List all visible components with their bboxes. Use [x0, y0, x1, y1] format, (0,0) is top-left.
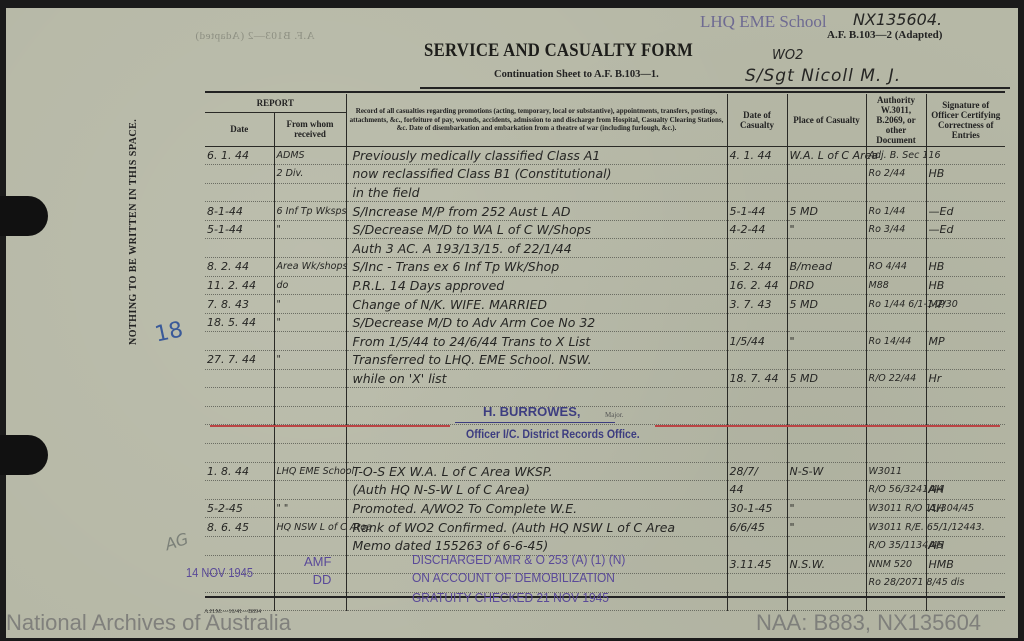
cell-record: in the field — [346, 183, 727, 202]
cell-place: " — [787, 499, 866, 518]
header-date: Date — [205, 112, 274, 146]
table-row: 8. 2. 44Area Wk/shopsS/Inc - Trans ex 6 … — [205, 258, 1005, 277]
cell-dcas — [727, 239, 787, 258]
header-from-whom: From whom received — [274, 112, 346, 146]
table-row: 7. 8. 43"Change of N/K. WIFE. MARRIED3. … — [205, 295, 1005, 314]
cell-dcas: 5-1-44 — [727, 202, 787, 221]
cell-dcas — [727, 574, 787, 593]
cell-sig — [926, 406, 1005, 425]
rank: WO2 — [772, 48, 803, 63]
cell-sig — [926, 388, 1005, 407]
cell-auth: Ro 1/44 — [866, 202, 926, 221]
table-row: 27. 7. 44"Transferred to LHQ. EME School… — [205, 351, 1005, 370]
cell-from — [274, 481, 346, 500]
cell-record: Previously medically classified Class A1 — [346, 146, 727, 165]
cell-auth: RO 4/44 — [866, 258, 926, 277]
cell-place: " — [787, 518, 866, 537]
cell-sig: MP — [926, 295, 1005, 314]
cell-sig: MP — [926, 332, 1005, 351]
cell-date: 1. 8. 44 — [205, 462, 274, 481]
cell-auth: M88 — [866, 276, 926, 295]
cell-sig: Hr — [926, 369, 1005, 388]
cell-from: 6 Inf Tp Wksps — [274, 202, 346, 221]
cell-place — [787, 351, 866, 370]
cell-place — [787, 183, 866, 202]
table-row: in the field — [205, 183, 1005, 202]
service-number: NX135604. — [853, 10, 942, 29]
cell-place: N.S.W. — [787, 555, 866, 574]
cell-record: while on 'X' list — [346, 369, 727, 388]
cell-place: " — [787, 220, 866, 239]
cell-auth: R/O 35/1134/45 — [866, 536, 926, 555]
casualty-table: REPORT Record of all casualties regardin… — [205, 94, 1005, 611]
cell-dcas — [727, 425, 787, 444]
red-rule — [210, 425, 450, 427]
name-underline — [420, 87, 1010, 89]
form-subtitle: Continuation Sheet to A.F. B.103—1. — [494, 69, 659, 80]
cell-dcas: 6/6/45 — [727, 518, 787, 537]
cell-place — [787, 481, 866, 500]
cell-dcas — [727, 406, 787, 425]
table-row: (Auth HQ N-S-W L of C Area)44R/O 56/3241… — [205, 481, 1005, 500]
watermark-left: National Archives of Australia — [6, 610, 291, 636]
cell-date — [205, 239, 274, 258]
cell-place: 5 MD — [787, 295, 866, 314]
cell-record: T-O-S EX W.A. L of C Area WKSP. — [346, 462, 727, 481]
cell-record: Rank of WO2 Confirmed. (Auth HQ NSW L of… — [346, 518, 727, 537]
discharge-date-stamp: 14 NOV 1945 — [186, 565, 253, 580]
cell-date — [205, 536, 274, 555]
cell-sig — [926, 183, 1005, 202]
cell-dcas: 30-1-45 — [727, 499, 787, 518]
officer-rank: Major. — [605, 411, 623, 419]
table-row: Auth 3 AC. A 193/13/15. of 22/1/44 — [205, 239, 1005, 258]
amf-text: AMF — [304, 553, 331, 571]
header-place-casualty: Place of Casualty — [787, 94, 866, 146]
cell-auth — [866, 183, 926, 202]
cell-from: LHQ EME School — [274, 462, 346, 481]
cell-from: " " — [274, 499, 346, 518]
cell-sig: HB — [926, 276, 1005, 295]
cell-from: ADMS — [274, 146, 346, 165]
cell-auth: R/O 56/3241/44 — [866, 481, 926, 500]
cell-place — [787, 444, 866, 463]
table-row: 8. 6. 45HQ NSW L of C AreaRank of WO2 Co… — [205, 518, 1005, 537]
cell-record: Transferred to LHQ. EME School. NSW. — [346, 351, 727, 370]
cell-date: 11. 2. 44 — [205, 276, 274, 295]
header-authority: Authority W.3011, B.2069, or other Docum… — [866, 94, 926, 146]
cell-dcas — [727, 183, 787, 202]
cell-place: N-S-W — [787, 462, 866, 481]
cell-place: " — [787, 332, 866, 351]
cell-date — [205, 425, 274, 444]
cell-date — [205, 444, 274, 463]
cell-dcas — [727, 351, 787, 370]
cell-date: 27. 7. 44 — [205, 351, 274, 370]
officer-name-stamp: H. BURROWES, — [483, 404, 581, 419]
unit-stamp: LHQ EME School — [700, 12, 827, 32]
cell-auth: Ro 3/44 — [866, 220, 926, 239]
cell-place: B/mead — [787, 258, 866, 277]
cell-date — [205, 165, 274, 184]
cell-place — [787, 313, 866, 332]
cell-place — [787, 388, 866, 407]
cell-record: Promoted. A/WO2 To Complete W.E. — [346, 499, 727, 518]
cell-dcas: 44 — [727, 481, 787, 500]
cell-auth: W3011 R/E. 65/1/12443. — [866, 518, 926, 537]
amf-dd-stamp: AMF DD — [304, 553, 331, 589]
cell-sig: HB — [926, 165, 1005, 184]
cell-record: S/Decrease M/D to WA L of C W/Shops — [346, 220, 727, 239]
cell-auth — [866, 388, 926, 407]
cell-sig: HB — [926, 258, 1005, 277]
cell-from — [274, 239, 346, 258]
table-row: 5-1-44"S/Decrease M/D to WA L of C W/Sho… — [205, 220, 1005, 239]
cell-dcas: 5. 2. 44 — [727, 258, 787, 277]
cell-sig — [926, 239, 1005, 258]
cell-date: 18. 5. 44 — [205, 313, 274, 332]
cell-date — [205, 332, 274, 351]
dd-text: DD — [304, 571, 331, 589]
cell-from — [274, 332, 346, 351]
cell-place: DRD — [787, 276, 866, 295]
cell-record: P.R.L. 14 Days approved — [346, 276, 727, 295]
cell-date — [205, 369, 274, 388]
cell-record: S/Decrease M/D to Adv Arm Coe No 32 — [346, 313, 727, 332]
cell-from: " — [274, 351, 346, 370]
cell-sig — [926, 462, 1005, 481]
cell-dcas: 3.11.45 — [727, 555, 787, 574]
header-report: REPORT — [205, 94, 346, 112]
cell-record: S/Inc - Trans ex 6 Inf Tp Wk/Shop — [346, 258, 727, 277]
table-row — [205, 388, 1005, 407]
cell-auth — [866, 239, 926, 258]
cell-auth: NNM 520 — [866, 555, 926, 574]
cell-dcas — [727, 165, 787, 184]
header-signature: Signature of Officer Certifying Correctn… — [926, 94, 1005, 146]
officer-title-stamp: Officer I/C. District Records Office. — [466, 427, 640, 441]
cell-sig — [926, 425, 1005, 444]
cell-auth: W3011 — [866, 462, 926, 481]
cell-place — [787, 239, 866, 258]
table-row: 6. 1. 44ADMSPreviously medically classif… — [205, 146, 1005, 165]
form-title: SERVICE AND CASUALTY FORM — [424, 40, 693, 62]
punch-hole — [0, 196, 48, 236]
cell-dcas — [727, 388, 787, 407]
table-row: 2 Div.now reclassified Class B1 (Constit… — [205, 165, 1005, 184]
cell-sig: HMB — [926, 555, 1005, 574]
cell-sig — [926, 351, 1005, 370]
cell-dcas: 4. 1. 44 — [727, 146, 787, 165]
cell-date: 8-1-44 — [205, 202, 274, 221]
cell-record: now reclassified Class B1 (Constitutiona… — [346, 165, 727, 184]
discharge-stamp: DISCHARGED AMR & O 253 (A) (1) (N) ON AC… — [412, 551, 625, 587]
cell-auth — [866, 406, 926, 425]
cell-record: (Auth HQ N-S-W L of C Area) — [346, 481, 727, 500]
cell-sig: AH — [926, 536, 1005, 555]
cell-from — [274, 183, 346, 202]
table-top-rule — [205, 91, 1005, 93]
cell-place — [787, 574, 866, 593]
cell-date: 5-1-44 — [205, 220, 274, 239]
cell-from: " — [274, 295, 346, 314]
cell-record: Change of N/K. WIFE. MARRIED — [346, 295, 727, 314]
cell-record: S/Increase M/P from 252 Aust L AD — [346, 202, 727, 221]
cell-auth: Ro 1/44 6/1-1-2/30 — [866, 295, 926, 314]
table-row: 1. 8. 44LHQ EME SchoolT-O-S EX W.A. L of… — [205, 462, 1005, 481]
punch-hole — [0, 435, 48, 475]
cell-sig — [926, 313, 1005, 332]
cell-auth: R/O 22/44 — [866, 369, 926, 388]
cell-dcas: 18. 7. 44 — [727, 369, 787, 388]
red-rule — [655, 425, 1000, 427]
demobilization-text: ON ACCOUNT OF DEMOBILIZATION — [412, 569, 625, 587]
cell-record — [346, 444, 727, 463]
table-row: 5-2-45" "Promoted. A/WO2 To Complete W.E… — [205, 499, 1005, 518]
cell-dcas: 4-2-44 — [727, 220, 787, 239]
cell-place — [787, 406, 866, 425]
cell-from — [274, 406, 346, 425]
watermark-right: NAA: B883, NX135604 — [756, 610, 981, 636]
cell-place: 5 MD — [787, 202, 866, 221]
soldier-name: S/Sgt Nicoll M. J. — [745, 66, 901, 86]
cell-date — [205, 183, 274, 202]
header-record: Record of all casualties regarding promo… — [346, 94, 727, 146]
cell-record: Auth 3 AC. A 193/13/15. of 22/1/44 — [346, 239, 727, 258]
cell-auth: W3011 R/O 11/304/45 — [866, 499, 926, 518]
table-row — [205, 444, 1005, 463]
cell-sig — [926, 444, 1005, 463]
cell-from — [274, 369, 346, 388]
cell-dcas: 28/7/ — [727, 462, 787, 481]
cell-date — [205, 388, 274, 407]
cell-from: " — [274, 220, 346, 239]
cell-from: " — [274, 313, 346, 332]
table-row: 11. 2. 44doP.R.L. 14 Days approved16. 2.… — [205, 276, 1005, 295]
cell-place: W.A. L of C Area — [787, 146, 866, 165]
cell-date — [205, 481, 274, 500]
table-row: 8-1-446 Inf Tp WkspsS/Increase M/P from … — [205, 202, 1005, 221]
table-row: From 1/5/44 to 24/6/44 Trans to X List1/… — [205, 332, 1005, 351]
cell-place — [787, 165, 866, 184]
cell-date: 7. 8. 43 — [205, 295, 274, 314]
header-date-casualty: Date of Casualty — [727, 94, 787, 146]
cell-from: Area Wk/shops — [274, 258, 346, 277]
cell-record: From 1/5/44 to 24/6/44 Trans to X List — [346, 332, 727, 351]
cell-from: 2 Div. — [274, 165, 346, 184]
cell-auth — [866, 444, 926, 463]
cell-date: 6. 1. 44 — [205, 146, 274, 165]
cell-dcas: 3. 7. 43 — [727, 295, 787, 314]
cell-date: 8. 2. 44 — [205, 258, 274, 277]
cell-dcas: 1/5/44 — [727, 332, 787, 351]
cell-dcas — [727, 536, 787, 555]
cell-dcas — [727, 313, 787, 332]
cell-auth — [866, 313, 926, 332]
table-row: while on 'X' list18. 7. 445 MDR/O 22/44H… — [205, 369, 1005, 388]
cell-from — [274, 444, 346, 463]
cell-sig: —Ed — [926, 220, 1005, 239]
cell-place: 5 MD — [787, 369, 866, 388]
side-notice: NOTHING TO BE WRITTEN IN THIS SPACE. — [128, 119, 139, 345]
cell-auth — [866, 425, 926, 444]
cell-from — [274, 388, 346, 407]
form-code: A.F. B.103—2 (Adapted) — [827, 29, 942, 41]
discharged-text: DISCHARGED AMR & O 253 (A) (1) (N) — [412, 551, 625, 569]
cell-dcas — [727, 444, 787, 463]
cell-place — [787, 425, 866, 444]
cell-date — [205, 406, 274, 425]
cell-auth: Ro 14/44 — [866, 332, 926, 351]
cell-date: 5-2-45 — [205, 499, 274, 518]
cell-sig: —Ed — [926, 202, 1005, 221]
cell-sig: AH — [926, 481, 1005, 500]
cell-from: do — [274, 276, 346, 295]
cell-place — [787, 536, 866, 555]
cell-dcas: 16. 2. 44 — [727, 276, 787, 295]
cell-auth: Ro 28/2071 8/45 dis — [866, 574, 926, 593]
cell-auth — [866, 351, 926, 370]
cell-from — [274, 425, 346, 444]
cell-from: HQ NSW L of C Area — [274, 518, 346, 537]
gratuity-stamp: GRATUITY CHECKED 21 NOV 1945 — [412, 590, 609, 605]
bleed-through-text: A.F. B103—2 (Adapted) — [195, 30, 315, 42]
table-row: 18. 5. 44"S/Decrease M/D to Adv Arm Coe … — [205, 313, 1005, 332]
cell-auth: Ro 2/44 — [866, 165, 926, 184]
officer-signature-line — [455, 422, 615, 423]
cell-date: 8. 6. 45 — [205, 518, 274, 537]
